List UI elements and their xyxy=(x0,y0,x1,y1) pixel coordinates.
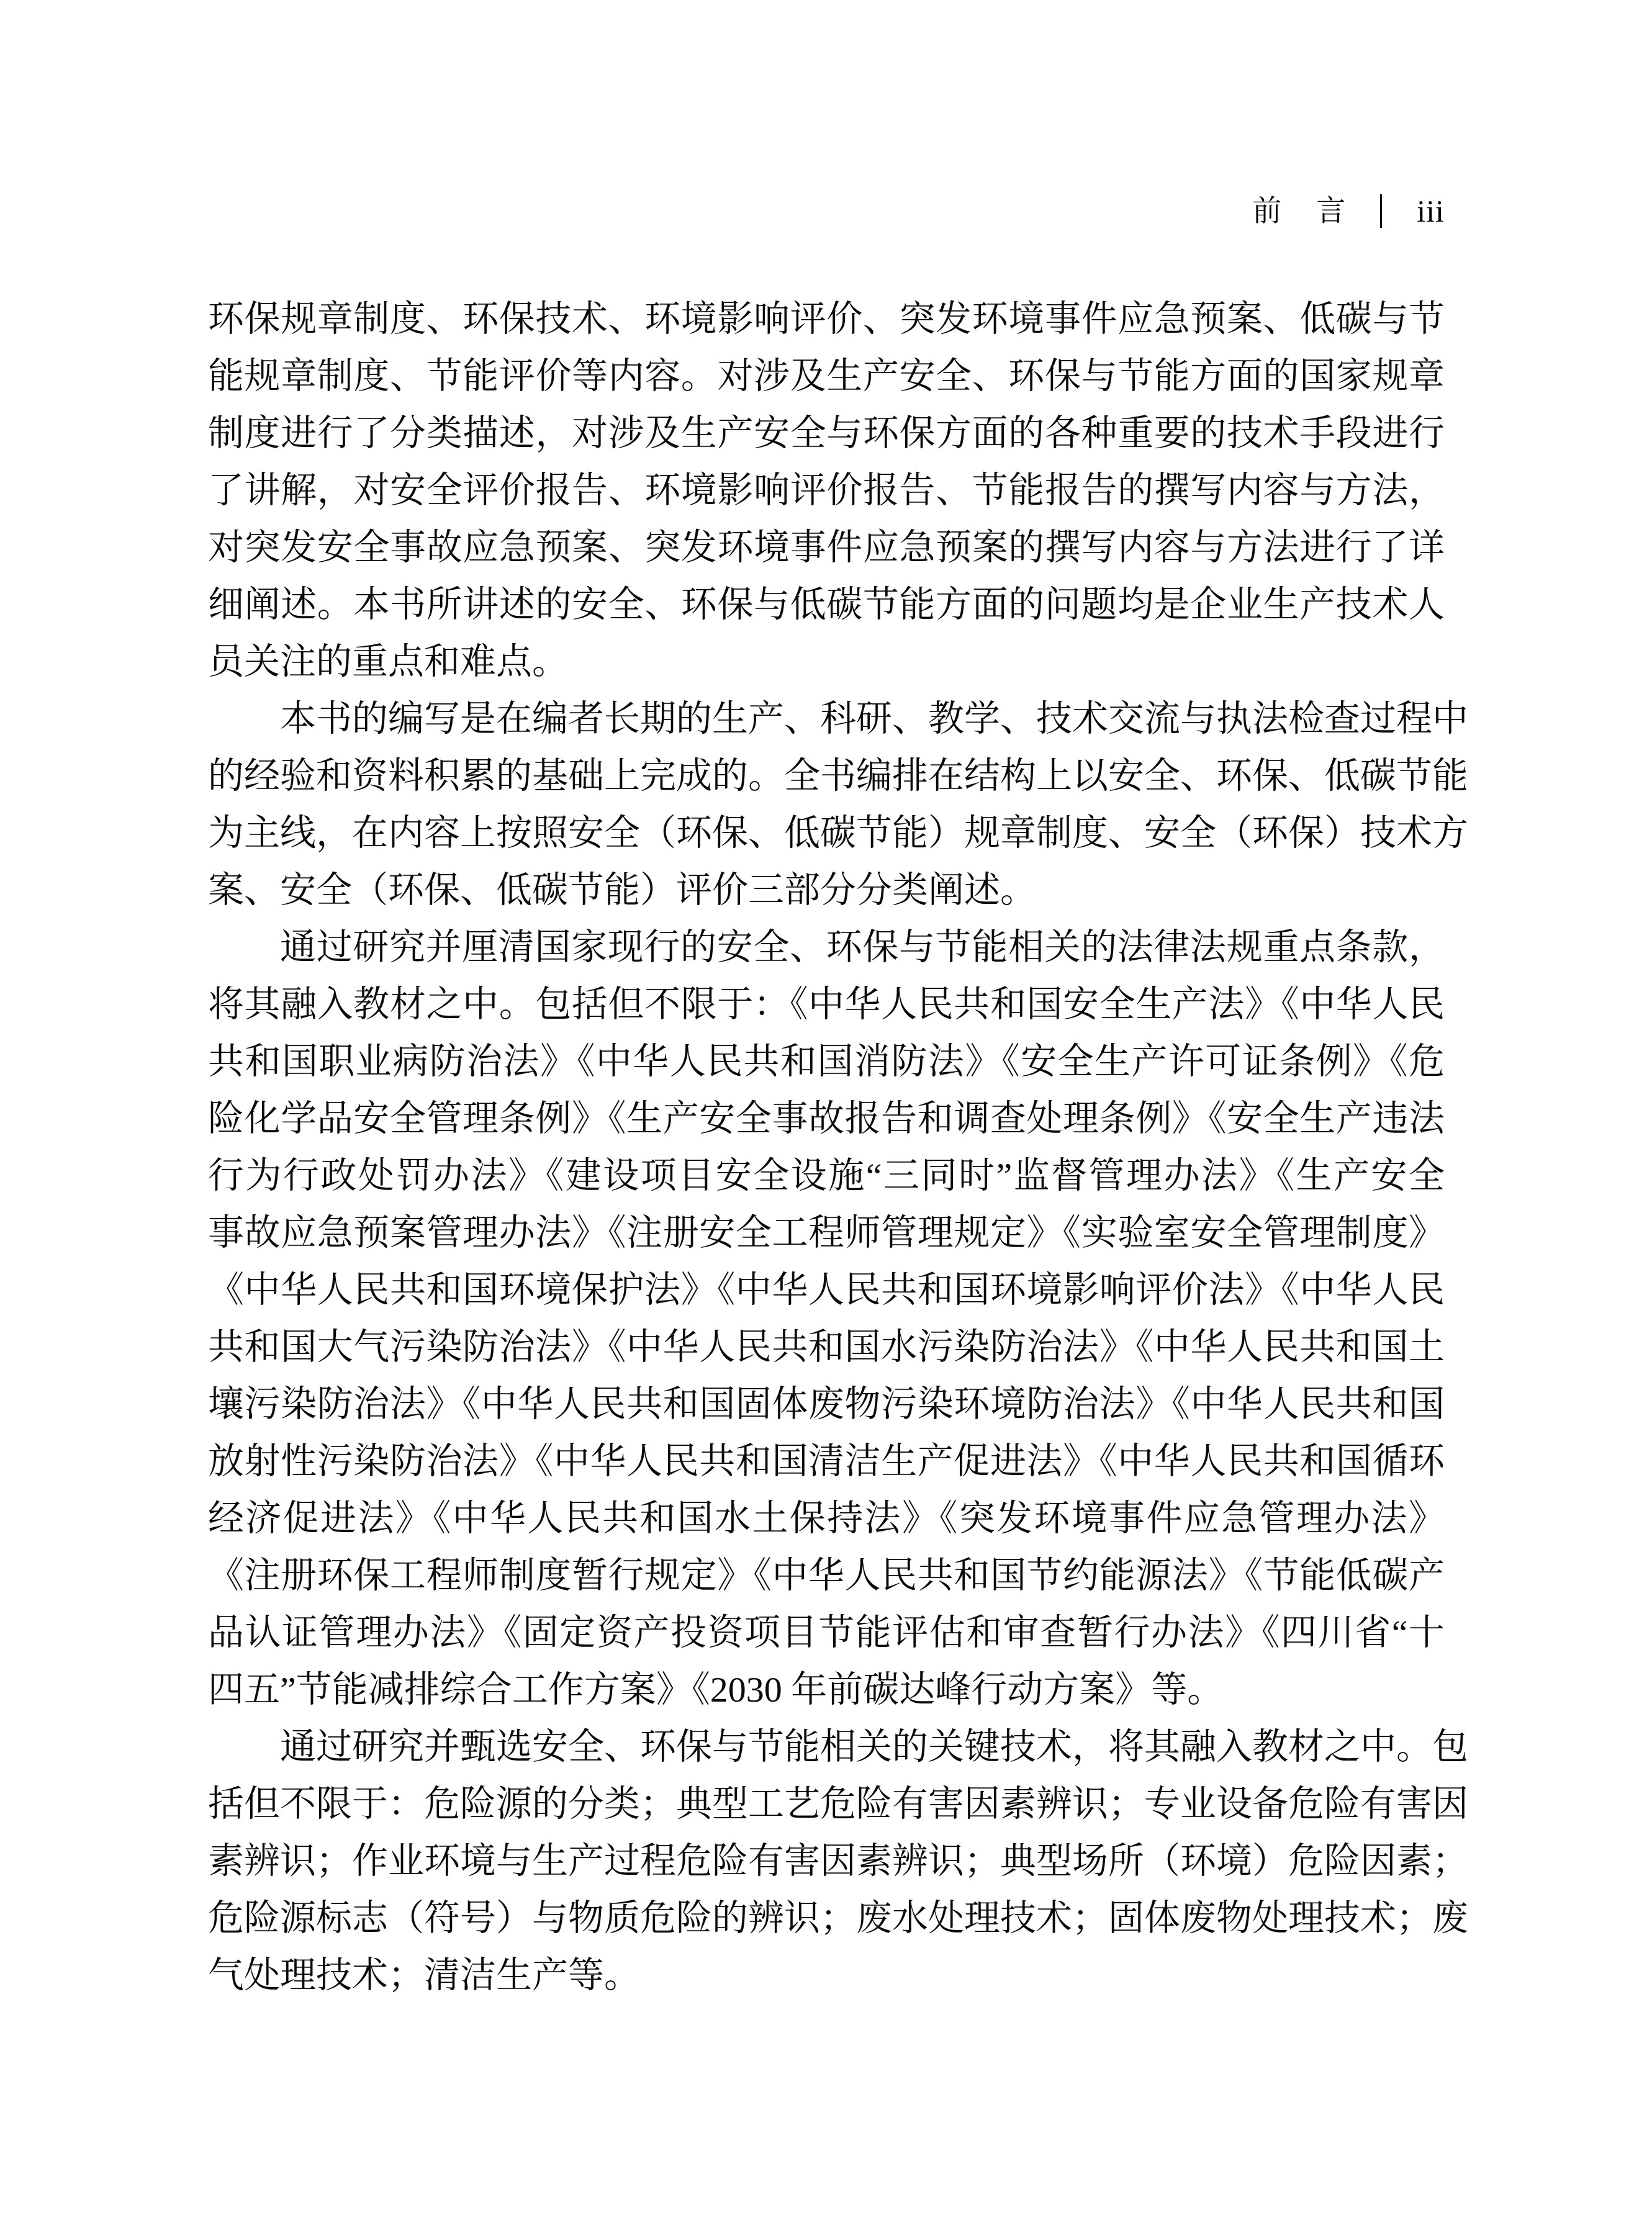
text-line: 《中华人民共和国环境保护法》《中华人民共和国环境影响评价法》《中华人民 xyxy=(208,1261,1445,1319)
text-line: 险化学品安全管理条例》《生产安全事故报告和调查处理条例》《安全生产违法 xyxy=(208,1090,1445,1147)
text-line: 案、安全（环保、低碳节能）评价三部分分类阐述。 xyxy=(208,862,1445,919)
text-line: 行为行政处罚办法》《建设项目安全设施“三同时”监督管理办法》《生产安全 xyxy=(208,1147,1445,1204)
text-line: 危险源标志（符号）与物质危险的辨识；废水处理技术；固体废物处理技术；废 xyxy=(208,1890,1445,1947)
document-page: 前 言 iii 环保规章制度、环保技术、环境影响评价、突发环境事件应急预案、低碳… xyxy=(0,0,1652,2215)
text-line: 四五”节能减排综合工作方案》《2030 年前碳达峰行动方案》等。 xyxy=(208,1661,1445,1718)
text-line: 制度进行了分类描述，对涉及生产安全与环保方面的各种重要的技术手段进行 xyxy=(208,405,1445,462)
text-line: 放射性污染防治法》《中华人民共和国清洁生产促进法》《中华人民共和国循环 xyxy=(208,1433,1445,1490)
body-text: 环保规章制度、环保技术、环境影响评价、突发环境事件应急预案、低碳与节能规章制度、… xyxy=(208,291,1445,2004)
text-line: 共和国职业病防治法》《中华人民共和国消防法》《安全生产许可证条例》《危 xyxy=(208,1033,1445,1090)
text-line: 能规章制度、节能评价等内容。对涉及生产安全、环保与节能方面的国家规章 xyxy=(208,348,1445,405)
text-line: 通过研究并甄选安全、环保与节能相关的关键技术，将其融入教材之中。包 xyxy=(208,1718,1445,1775)
header-title-char-2: 言 xyxy=(1316,192,1345,230)
text-line: 事故应急预案管理办法》《注册安全工程师管理规定》《实验室安全管理制度》 xyxy=(208,1204,1445,1261)
text-line: 壤污染防治法》《中华人民共和国固体废物污染环境防治法》《中华人民共和国 xyxy=(208,1376,1445,1433)
header-title-char-1: 前 xyxy=(1252,192,1281,230)
text-line: 员关注的重点和难点。 xyxy=(208,633,1445,690)
text-line: 品认证管理办法》《固定资产投资项目节能评估和审查暂行办法》《四川省“十 xyxy=(208,1604,1445,1661)
text-line: 的经验和资料积累的基础上完成的。全书编排在结构上以安全、环保、低碳节能 xyxy=(208,747,1445,805)
text-line: 细阐述。本书所讲述的安全、环保与低碳节能方面的问题均是企业生产技术人 xyxy=(208,576,1445,633)
header-divider-rule xyxy=(1380,194,1382,228)
text-line: 本书的编写是在编者长期的生产、科研、教学、技术交流与执法检查过程中 xyxy=(208,690,1445,747)
page-number: iii xyxy=(1417,192,1445,230)
text-line: 素辨识；作业环境与生产过程危险有害因素辨识；典型场所（环境）危险因素； xyxy=(208,1833,1445,1890)
text-line: 为主线，在内容上按照安全（环保、低碳节能）规章制度、安全（环保）技术方 xyxy=(208,805,1445,862)
text-line: 环保规章制度、环保技术、环境影响评价、突发环境事件应急预案、低碳与节 xyxy=(208,291,1445,348)
text-line: 了讲解，对安全评价报告、环境影响评价报告、节能报告的撰写内容与方法， xyxy=(208,462,1445,519)
text-line: 经济促进法》《中华人民共和国水土保持法》《突发环境事件应急管理办法》 xyxy=(208,1490,1445,1547)
page-header: 前 言 iii xyxy=(1252,192,1445,230)
text-line: 气处理技术；清洁生产等。 xyxy=(208,1947,1445,2004)
text-line: 对突发安全事故应急预案、突发环境事件应急预案的撰写内容与方法进行了详 xyxy=(208,519,1445,576)
text-line: 《注册环保工程师制度暂行规定》《中华人民共和国节约能源法》《节能低碳产 xyxy=(208,1547,1445,1604)
text-line: 通过研究并厘清国家现行的安全、环保与节能相关的法律法规重点条款， xyxy=(208,919,1445,976)
text-line: 共和国大气污染防治法》《中华人民共和国水污染防治法》《中华人民共和国土 xyxy=(208,1319,1445,1376)
text-line: 括但不限于：危险源的分类；典型工艺危险有害因素辨识；专业设备危险有害因 xyxy=(208,1775,1445,1833)
text-line: 将其融入教材之中。包括但不限于：《中华人民共和国安全生产法》《中华人民 xyxy=(208,976,1445,1033)
